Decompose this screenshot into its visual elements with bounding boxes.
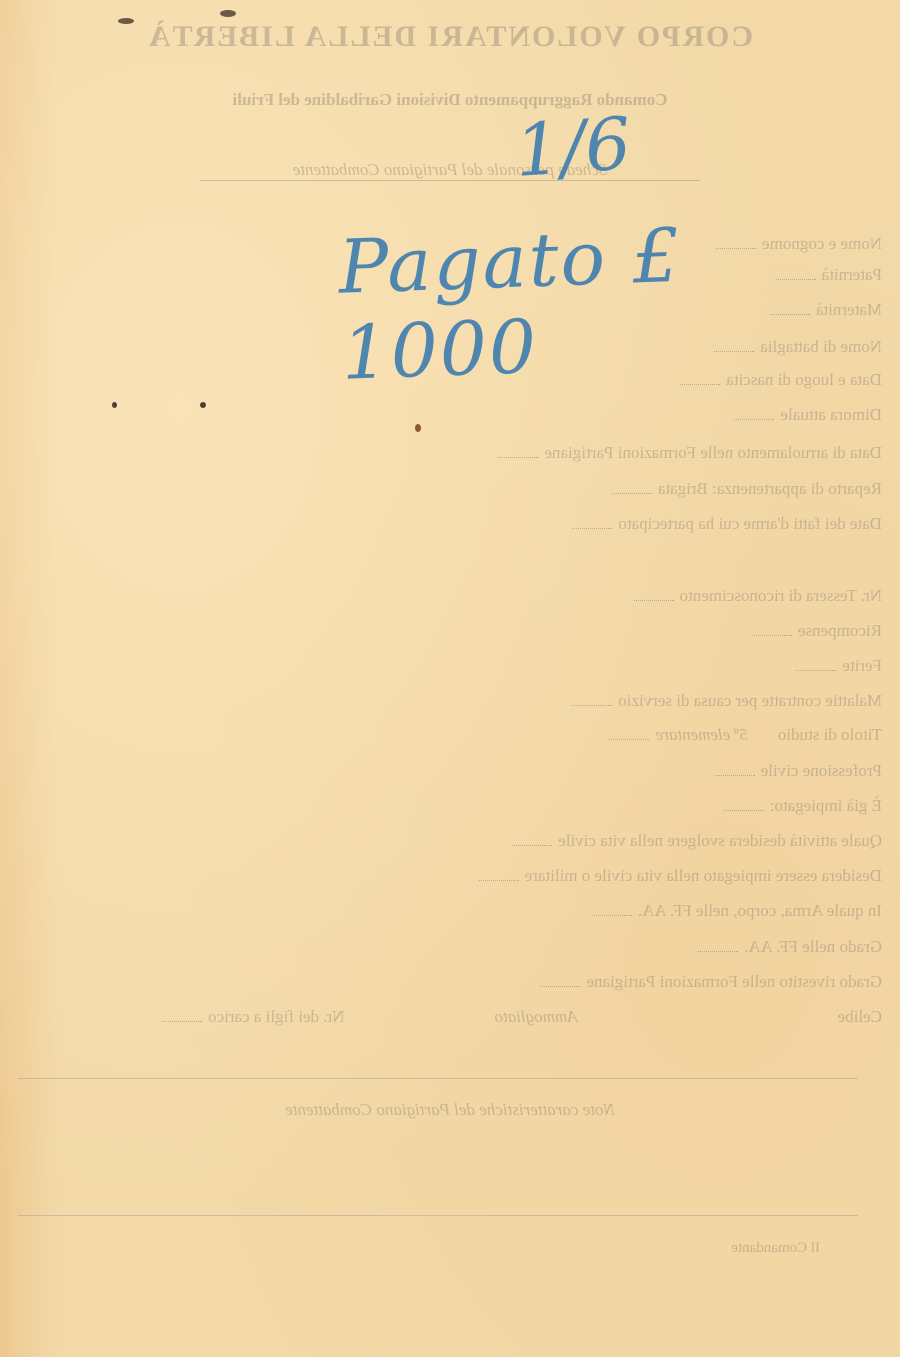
fill-line <box>592 914 632 916</box>
form-field: Titolo di studio5ª elementare <box>40 725 882 745</box>
fill-line <box>572 527 612 529</box>
fill-line <box>498 456 538 458</box>
notes-heading: Note caratteristiche del Partigiano Comb… <box>160 1100 740 1120</box>
form-field: È già impiegato: <box>40 796 882 816</box>
divider <box>18 1078 858 1079</box>
fill-line <box>724 809 764 811</box>
fill-line <box>479 879 519 881</box>
field-label: Ricompense <box>798 621 882 641</box>
fill-line <box>752 634 792 636</box>
form-title: CORPO VOLONTARI DELLA LIBERTÀ <box>60 20 840 54</box>
field-label: Malattie contratte per causa di servizio <box>618 691 882 711</box>
field-label: Nr. Tessera di riconoscimento <box>680 586 882 606</box>
form-field: Ferite <box>40 656 882 676</box>
paper-blemish <box>112 402 117 408</box>
bleed-through-form: CORPO VOLONTARI DELLA LIBERTÀ Comando Ra… <box>0 0 900 1357</box>
form-field: Dimora attuale <box>40 405 882 425</box>
field-label: Date dei fatti d'arme cui ha partecipato <box>618 514 882 534</box>
field-label: Nr. dei figli a carico <box>208 1007 344 1026</box>
divider <box>18 1215 858 1216</box>
form-field: Ricompense <box>40 621 882 641</box>
form-field: Grado rivestito nelle Formazioni Partigi… <box>40 972 882 992</box>
field-label: Reparto di appartenenza: Brigata <box>658 479 882 499</box>
field-label: Grado nelle FF. AA. <box>744 937 882 957</box>
fill-line <box>612 492 652 494</box>
form-field: Quale attività desidera svolgere nella v… <box>40 831 882 851</box>
handwritten-payment-note: Pagato £ 1000 <box>337 205 900 396</box>
field-value: Ammogliato <box>495 1007 578 1026</box>
field-label: Quale attività desidera svolgere nella v… <box>558 831 882 851</box>
signature-label: Il Comandante <box>731 1240 820 1257</box>
fill-line <box>796 669 836 671</box>
form-field: CelibeAmmogliatoNr. dei figli a carico <box>40 1007 882 1027</box>
form-field: Grado nelle FF. AA. <box>40 937 882 957</box>
fill-line <box>572 704 612 706</box>
field-label: In quale Arma, corpo, nelle FF. AA. <box>638 901 882 921</box>
form-subtitle: Comando Raggruppamento Divisioni Garibal… <box>60 90 840 110</box>
fill-line <box>540 985 580 987</box>
field-label: Data di arruolamento nelle Formazioni Pa… <box>544 443 882 463</box>
field-label: Desidera essere impiegato nella vita civ… <box>525 866 882 886</box>
field-label: Ferite <box>842 656 882 676</box>
form-field: In quale Arma, corpo, nelle FF. AA. <box>40 901 882 921</box>
field-value: 5ª elementare <box>655 725 747 744</box>
fill-line <box>715 774 755 776</box>
paper-blemish <box>220 10 236 17</box>
form-field: Malattie contratte per causa di servizio <box>40 691 882 711</box>
paper-blemish <box>200 402 206 408</box>
field-label: Titolo di studio <box>778 725 882 745</box>
fill-line <box>698 950 738 952</box>
field-label: Grado rivestito nelle Formazioni Partigi… <box>586 972 882 992</box>
fill-line <box>512 844 552 846</box>
field-label: È già impiegato: <box>770 796 882 816</box>
fill-line <box>609 738 649 740</box>
fill-line <box>162 1020 202 1022</box>
form-field: Desidera essere impiegato nella vita civ… <box>40 866 882 886</box>
paper-blemish <box>118 18 134 24</box>
fill-line <box>735 418 775 420</box>
form-field: Data di arruolamento nelle Formazioni Pa… <box>40 443 882 463</box>
field-label: Dimora attuale <box>781 405 883 425</box>
form-field: Date dei fatti d'arme cui ha partecipato <box>40 514 882 534</box>
field-label: Celibe <box>838 1007 882 1027</box>
field-label: Professione civile <box>761 761 882 781</box>
form-field: Reparto di appartenenza: Brigata <box>40 479 882 499</box>
paper-blemish <box>415 424 421 432</box>
handwritten-number: 1/6 <box>512 101 633 193</box>
form-field: Nr. Tessera di riconoscimento <box>40 586 882 606</box>
fill-line <box>634 599 674 601</box>
form-field: Professione civile <box>40 761 882 781</box>
